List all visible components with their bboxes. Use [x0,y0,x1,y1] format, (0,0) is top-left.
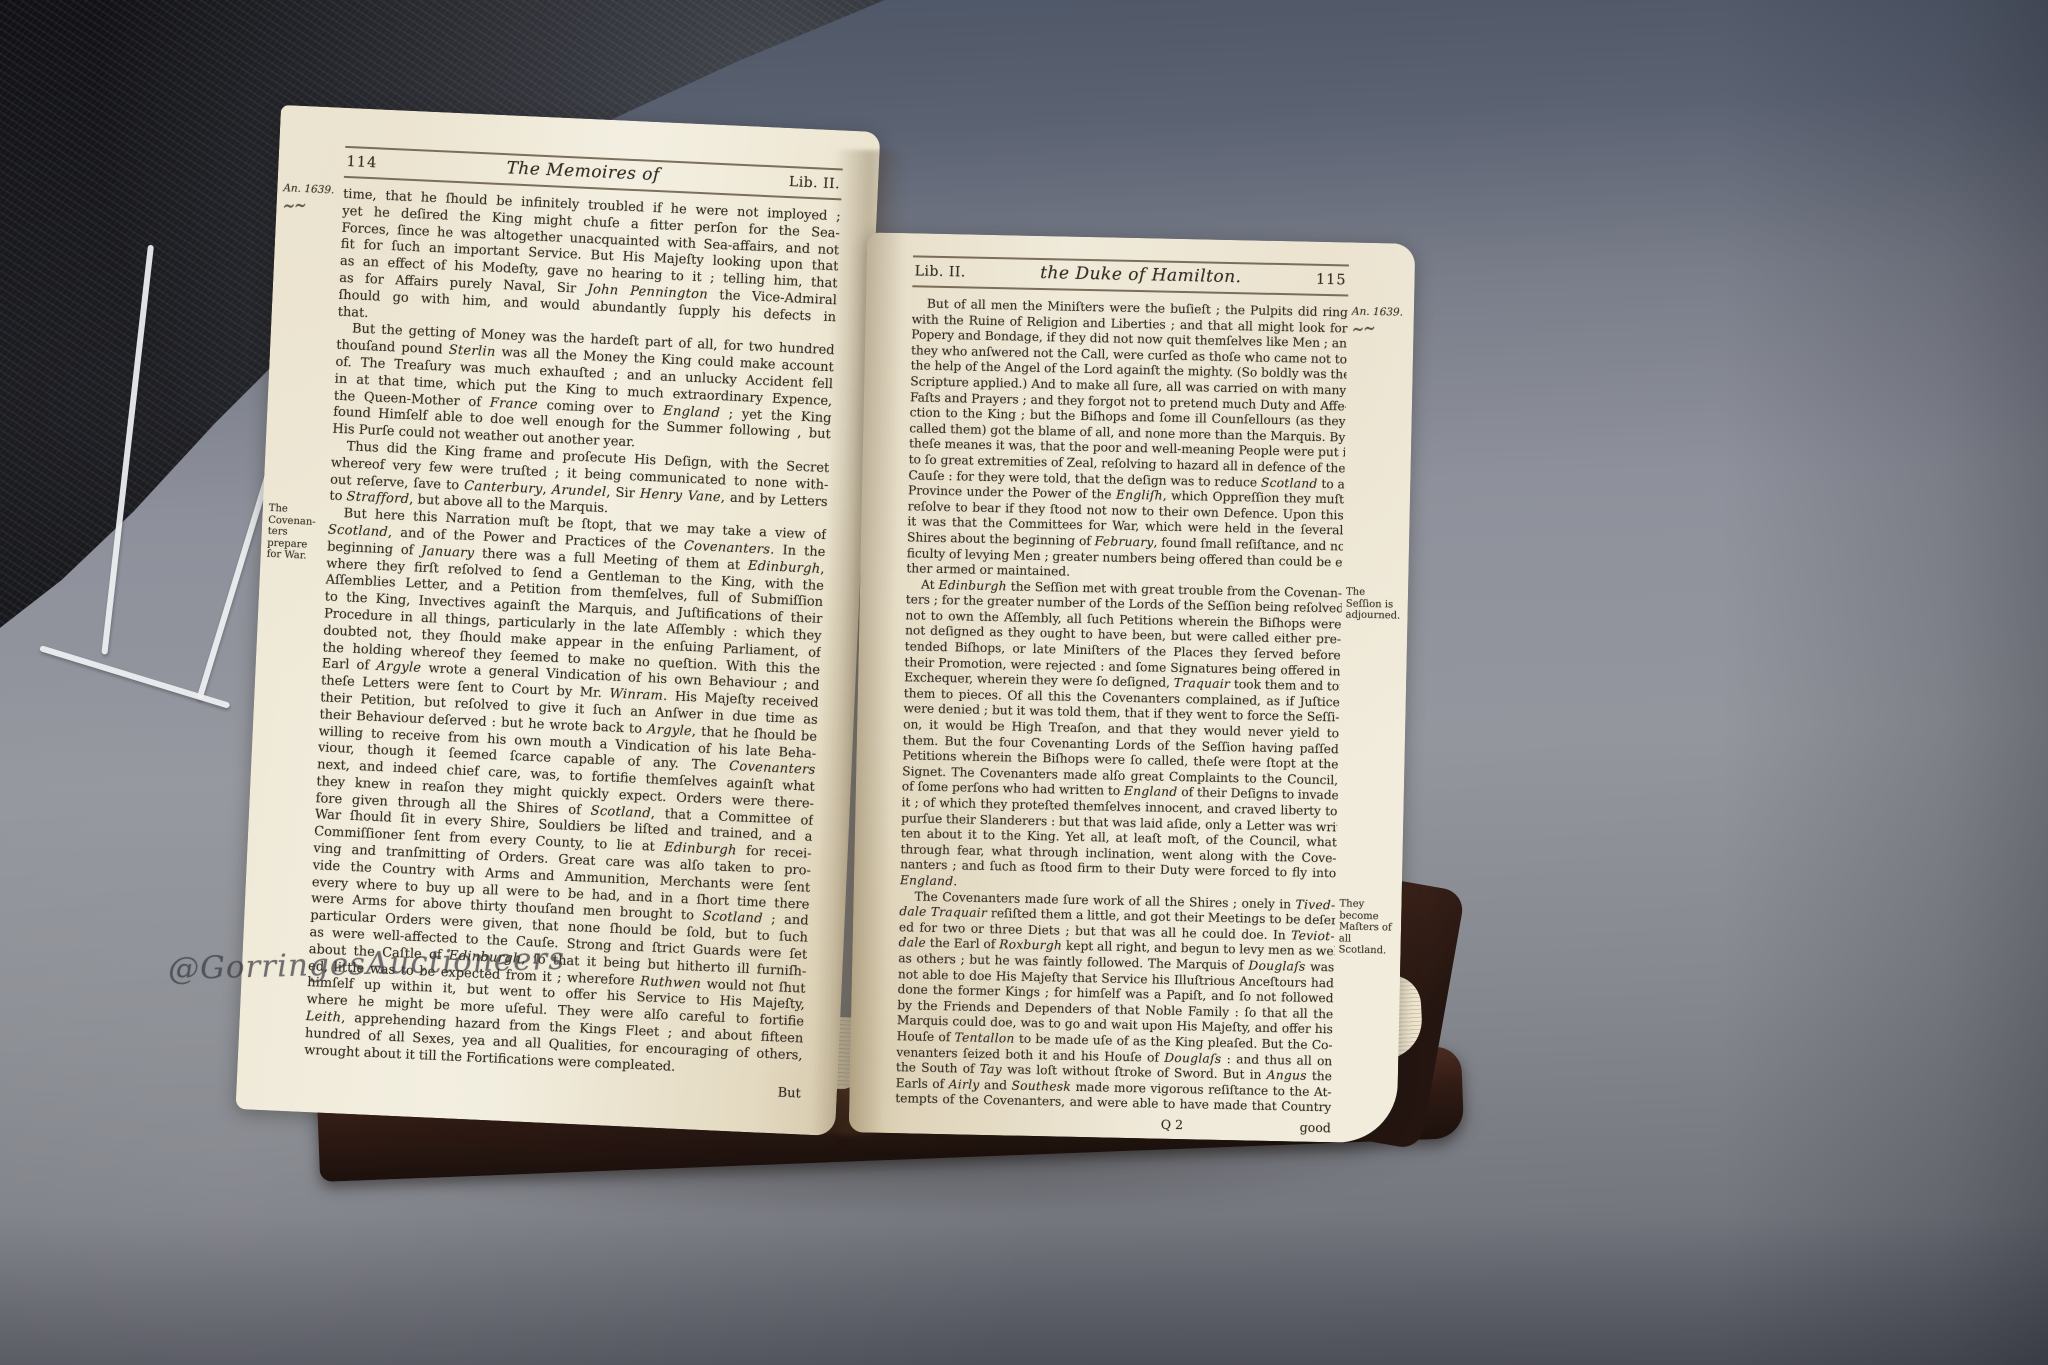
book-part-label-right: Lib. II. [915,263,966,280]
left-catchword: But [777,1086,801,1102]
year-flourish: ~~ [1351,311,1408,343]
photo-scene: 114 The Memoires of Lib. II. An. 1639. ~… [0,0,2048,1365]
right-page-text: But of all men the Miniſters were the bu… [895,296,1348,1116]
left-margin-year-note: An. 1639. ~~ [282,182,339,215]
right-margin-note-masters: They become Maſters of all Scotland. [1338,898,1397,957]
left-margin-note-covenanters: The Covenan-ters prepare for War. [266,503,325,563]
right-page-header: Lib. II. the Duke of Hamilton. 115 [912,255,1349,296]
signature-mark: Q 2 [1161,1117,1183,1132]
right-page: Lib. II. the Duke of Hamilton. 115 An. 1… [849,232,1416,1143]
page-number-114: 114 [346,154,377,171]
running-title-left: The Memoires of [385,153,782,191]
right-margin-note-session: The Seſſion is adjourned. [1345,586,1404,622]
right-page-text-block: An. 1639. ~~ The Seſſion is adjourned. T… [895,296,1348,1140]
right-catchword: good [1300,1119,1331,1135]
year-flourish: ~~ [283,189,339,219]
running-title-right: the Duke of Hamilton. [974,262,1309,289]
right-margin-year-note: An. 1639. ~~ [1351,306,1408,337]
page-number-115: 115 [1316,272,1347,289]
